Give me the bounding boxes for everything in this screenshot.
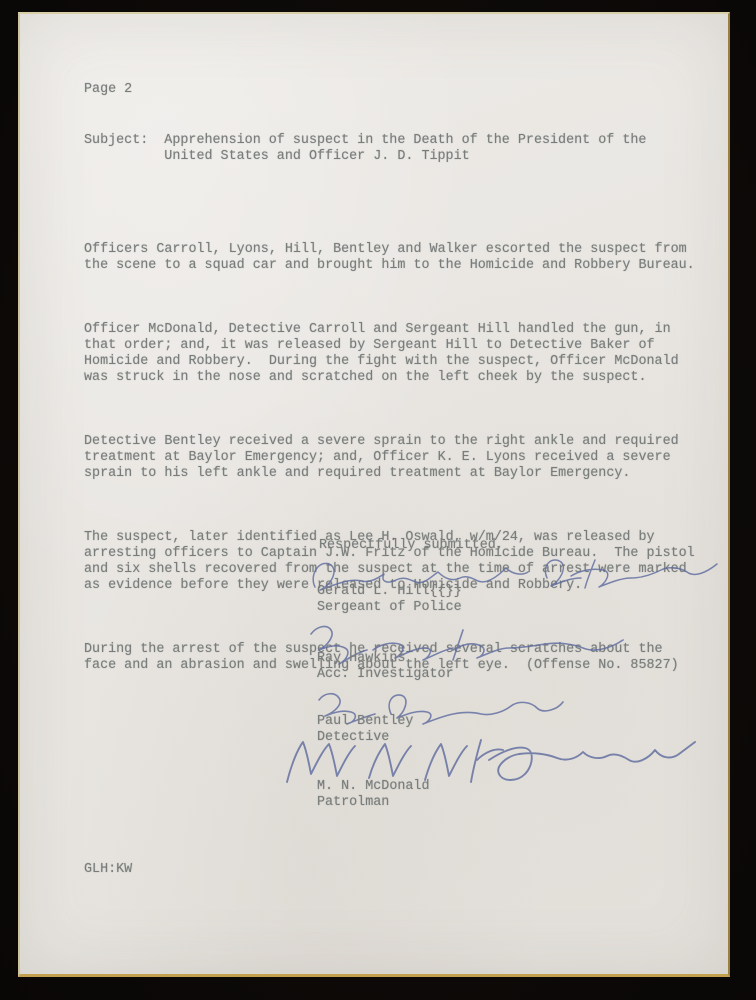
signatory-title: Sergeant of Police: [317, 600, 462, 615]
signatory-title: Patrolman: [317, 795, 389, 810]
subject-label: Subject:: [84, 133, 148, 165]
report-body: Officers Carroll, Lyons, Hill, Bentley a…: [84, 210, 709, 706]
signatory-name: Paul Bentley: [317, 714, 413, 729]
body-paragraph-1: Officers Carroll, Lyons, Hill, Bentley a…: [84, 242, 709, 274]
signatory-name: Ray Hawkins: [317, 651, 405, 666]
typist-reference: GLH:KW: [84, 862, 132, 878]
signatory-block-bentley: Paul BentleyDetective: [317, 714, 413, 746]
signatory-block-hill: Gerald L. Hill{{}}Sergeant of Police: [317, 584, 462, 616]
signatory-name: M. N. McDonald: [317, 779, 430, 794]
signatory-title: Detective: [317, 730, 389, 745]
signatory-block-mcdonald: M. N. McDonaldPatrolman: [317, 779, 430, 811]
subject-block: Subject: Apprehension of suspect in the …: [84, 133, 646, 165]
signatory-title: Acc. Investigator: [317, 667, 454, 682]
signatory-block-hawkins: Ray HawkinsAcc. Investigator: [317, 651, 454, 683]
body-paragraph-3: Detective Bentley received a severe spra…: [84, 434, 709, 482]
page-number: Page 2: [84, 82, 132, 98]
report-paper: Page 2 Subject: Apprehension of suspect …: [18, 12, 730, 977]
subject-text: Apprehension of suspect in the Death of …: [164, 133, 646, 165]
framed-document-photo: Page 2 Subject: Apprehension of suspect …: [0, 0, 756, 1000]
closing-line: Respectfully submitted,: [319, 538, 504, 554]
body-paragraph-2: Officer McDonald, Detective Carroll and …: [84, 322, 709, 386]
signatory-name: Gerald L. Hill: [317, 584, 430, 599]
